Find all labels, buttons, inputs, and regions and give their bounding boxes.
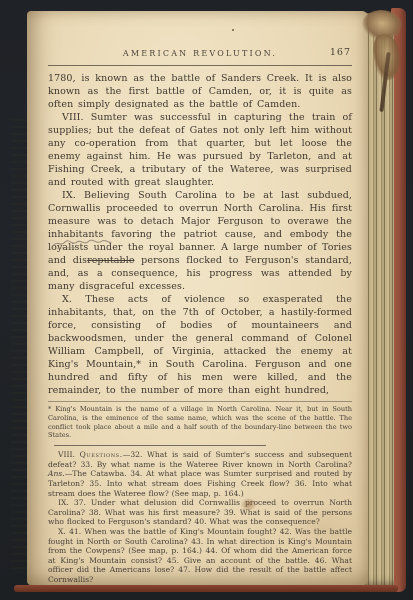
footnote: * King's Mountain is the name of a villa… <box>48 401 352 440</box>
header-title: AMERICAN REVOLUTION. <box>48 49 352 58</box>
text-column: AMERICAN REVOLUTION. 167 1780, is known … <box>48 47 352 585</box>
pencil-scribble-icon <box>51 237 113 250</box>
body-text: 1780, is known as the battle of Sanders … <box>48 72 352 397</box>
stain-wash <box>289 503 359 551</box>
paper-speck <box>232 29 234 31</box>
book-photo: AMERICAN REVOLUTION. 167 1780, is known … <box>0 0 413 600</box>
paragraph-continuation: 1780, is known as the battle of Sanders … <box>48 72 352 111</box>
show-through-text <box>11 119 28 569</box>
book-cover-bottom-edge <box>14 585 398 592</box>
header-rule <box>48 65 352 66</box>
paragraph-viii: VIII. Sumter was successful in capturing… <box>48 111 352 189</box>
questions-divider-rule <box>54 445 266 446</box>
book-page: AMERICAN REVOLUTION. 167 1780, is known … <box>27 11 368 585</box>
paragraph-x: X. These acts of violence so exasperated… <box>48 293 352 397</box>
questions-paragraph-viii: VIII. Questions.—32. What is said of Sum… <box>48 450 352 498</box>
page-number: 167 <box>330 47 351 58</box>
stain-spot <box>241 498 256 511</box>
running-header: AMERICAN REVOLUTION. 167 <box>48 47 352 62</box>
